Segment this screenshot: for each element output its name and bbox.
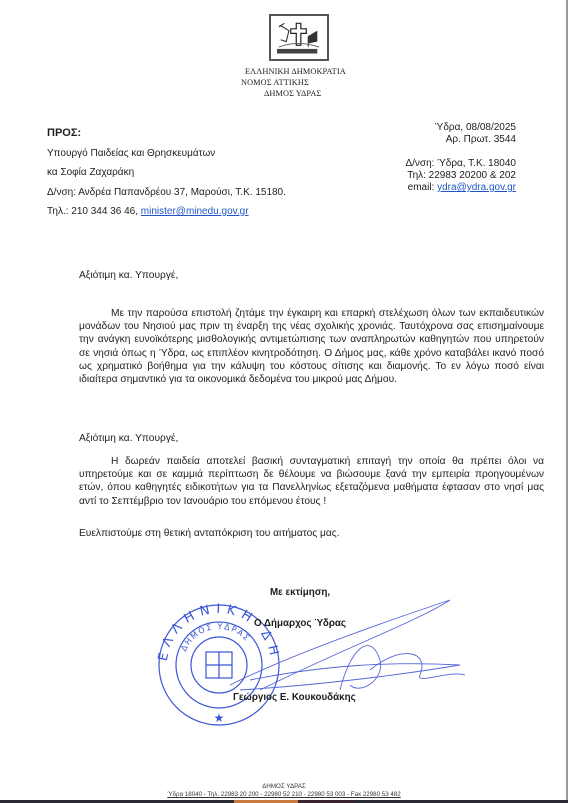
header-prefecture: ΝΟΜΟΣ ΑΤΤΙΚΗΣ [241, 78, 309, 87]
sender-address: Δ/νση: Ύδρα, Τ.Κ. 18040 [405, 158, 516, 169]
recipient-title: ΠΡΟΣ: [47, 127, 81, 139]
recipient-address: Δ/νση: Ανδρέα Παπανδρέου 37, Μαρούσι, Τ.… [47, 187, 286, 198]
sender-email-label: email: [408, 182, 437, 193]
sender-email-link[interactable]: ydra@ydra.gov.gr [437, 182, 516, 193]
sender-email: email: ydra@ydra.gov.gr [408, 182, 516, 193]
recipient-phone: Τηλ.: 210 344 36 46, [47, 206, 141, 217]
footer-contact: Ύδρα 18040 - Τηλ. 22983 20 200 - 22980 5… [0, 791, 568, 798]
place-date: Ύδρα, 08/08/2025 [435, 122, 516, 133]
footer-title: ΔΗΜΟΣ ΥΔΡΑΣ [0, 783, 568, 790]
signature-regards: Με εκτίμηση, [270, 587, 330, 598]
paragraph-2: Η δωρεάν παιδεία αποτελεί βασική συνταγμ… [79, 455, 544, 508]
recipient-contact: Τηλ.: 210 344 36 46, minister@minedu.gov… [47, 206, 249, 217]
protocol-number: Αρ. Πρωτ. 3544 [446, 134, 516, 145]
salutation: Αξιότιμη κα. Υπουργέ, [79, 270, 178, 281]
salutation-2: Αξιότιμη κα. Υπουργέ, [79, 433, 178, 444]
recipient-email-link[interactable]: minister@minedu.gov.gr [141, 206, 249, 217]
header-municipality: ΔΗΜΟΣ ΥΔΡΑΣ [264, 89, 321, 98]
signature-name: Γεώργιος Ε. Κουκουδάκης [233, 692, 356, 703]
header-country: ΕΛΛΗΝΙΚΗ ΔΗΜΟΚΡΑΤΙΑ [245, 67, 346, 76]
paragraph-1: Με την παρούσα επιστολή ζητάμε την έγκαι… [79, 307, 544, 386]
hydra-emblem-icon [271, 16, 327, 59]
signature-role: Ο Δήμαρχος Ύδρας [254, 618, 346, 629]
municipality-logo [269, 14, 329, 61]
recipient-org: Υπουργό Παιδείας και Θρησκευμάτων [47, 148, 215, 159]
recipient-name: κα Σοφία Ζαχαράκη [47, 167, 134, 178]
sender-phone: Τηλ: 22983 20200 & 202 [407, 170, 516, 181]
svg-text:★: ★ [214, 711, 225, 725]
closing-line: Ευελπιστούμε στη θετική ανταπόκριση του … [79, 528, 340, 539]
